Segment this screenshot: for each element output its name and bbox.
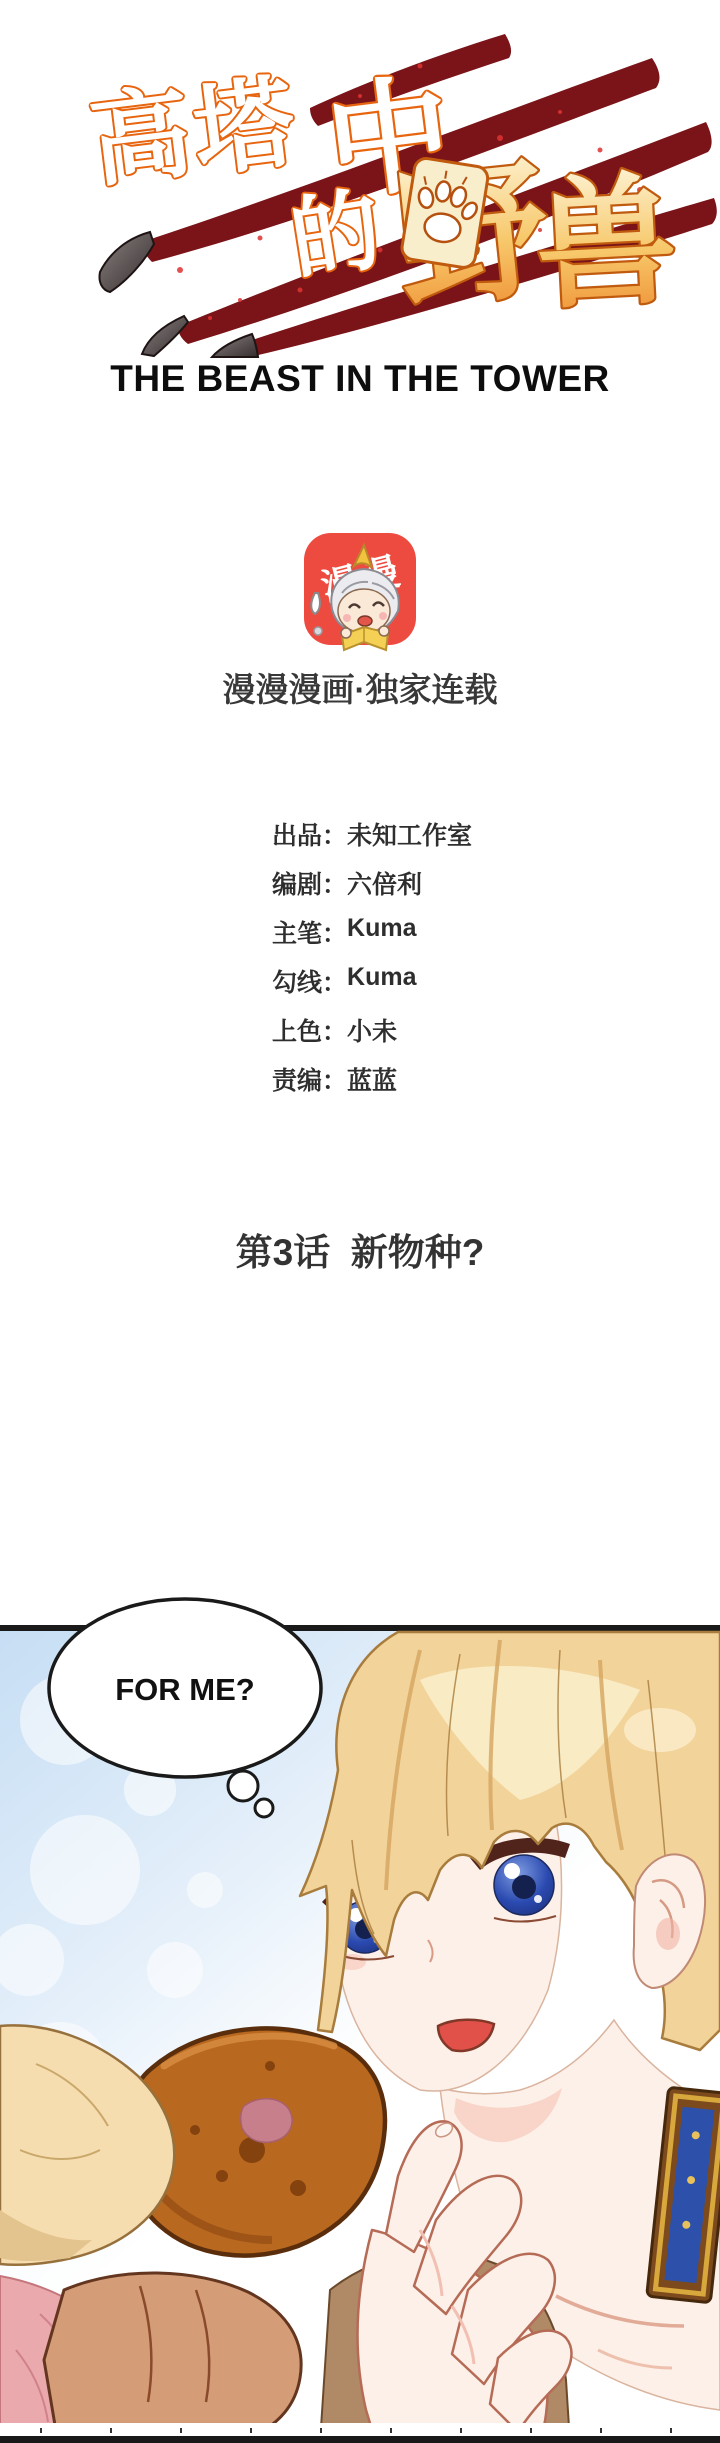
app-icon: 漫漫 <box>302 531 418 655</box>
title-logo-art: 高 塔 中 的 野 兽 <box>0 0 720 360</box>
manman-app-icon: 漫漫 <box>302 531 418 655</box>
credit-label: 编剧： <box>272 865 347 901</box>
credit-value: 蓝蓝 <box>347 1061 397 1097</box>
credit-row: 上色： 小未 <box>272 1012 472 1061</box>
credit-value: Kuma <box>347 914 416 943</box>
title-char-1: 高 <box>85 76 198 199</box>
credit-value: 六倍利 <box>347 865 422 901</box>
credit-label: 责编： <box>272 1061 347 1097</box>
title-char-2: 塔 <box>188 66 301 189</box>
paw-print-icon <box>400 157 489 269</box>
title-logo: 高 塔 中 的 野 兽 <box>0 0 720 360</box>
meat-pink-patch <box>241 2099 292 2143</box>
credit-row: 主笔： Kuma <box>272 914 472 963</box>
sweat-drop-icon <box>311 593 320 614</box>
thought-bubble-text: FOR ME? <box>115 1672 255 1707</box>
credit-label: 出品： <box>272 816 347 852</box>
dot-icon <box>314 627 322 635</box>
credit-value: Kuma <box>347 963 416 992</box>
panel-bottom-edge <box>0 2423 720 2443</box>
credit-value: 未知工作室 <box>347 816 472 852</box>
credit-row: 责编： 蓝蓝 <box>272 1061 472 1110</box>
comic-page: 高 塔 中 的 野 兽 THE <box>0 0 720 2443</box>
title-beast-2: 兽 <box>532 161 680 325</box>
credit-row: 编剧： 六倍利 <box>272 865 472 914</box>
credit-label: 勾线： <box>272 963 347 999</box>
chapter-title: 第3话 新物种? <box>0 1222 720 1276</box>
credit-row: 出品： 未知工作室 <box>272 816 472 865</box>
credits-list: 出品： 未知工作室 编剧： 六倍利 主笔： Kuma 勾线： Kuma 上色： … <box>272 816 472 1110</box>
platform-caption: 漫漫漫画·独家连载 <box>0 664 720 711</box>
credit-label: 主笔： <box>272 914 347 950</box>
credit-label: 上色： <box>272 1012 347 1048</box>
comic-panel: FOR ME? <box>0 1590 720 2443</box>
credit-value: 小未 <box>347 1012 397 1048</box>
title-particle: 的 <box>284 180 389 293</box>
panel-art: FOR ME? <box>0 1590 720 2443</box>
credit-row: 勾线： Kuma <box>272 963 472 1012</box>
english-title: THE BEAST IN THE TOWER <box>0 358 720 400</box>
